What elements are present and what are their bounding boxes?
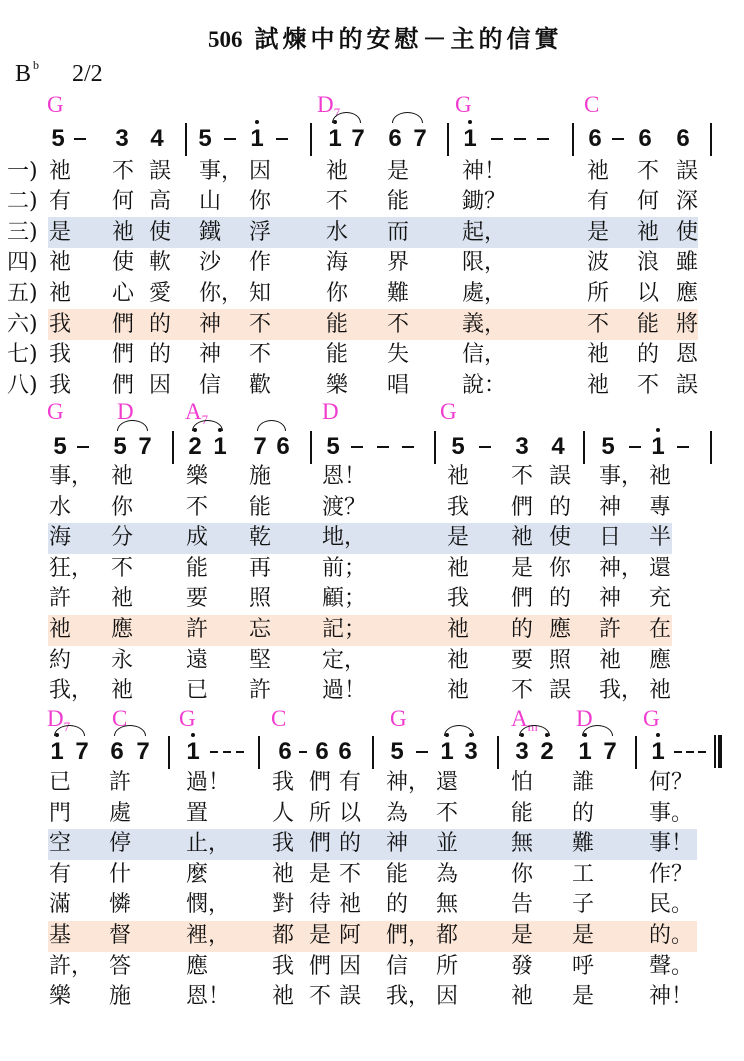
lyric-syllable: 我 <box>272 831 294 857</box>
lyric-syllable: 有 <box>49 862 71 888</box>
lyric-syllable: 是 <box>572 923 594 949</box>
lyric-syllable: 何？ <box>649 770 693 796</box>
lyric-syllable: 都 <box>272 923 294 949</box>
lyric-syllable: 子 <box>572 892 594 918</box>
lyric-syllable: 作？ <box>649 862 693 888</box>
note: 2 <box>540 740 553 764</box>
hymn-sheet: 506試煉中的安慰－主的信實 B b 2/2 GD7GC5-345-1-1767… <box>0 0 744 1061</box>
note: 6 <box>110 740 123 764</box>
lyric-syllable: 空 <box>49 831 71 857</box>
lyric-syllable: 為 <box>386 801 408 827</box>
lyric-syllable: 止， <box>186 831 230 857</box>
lyric-syllable: 麼 <box>186 862 208 888</box>
lyric-syllable: 的 <box>572 801 594 827</box>
slur-arc <box>54 725 85 736</box>
note: 3 <box>464 740 477 764</box>
lyric-syllable: 無 <box>511 831 533 857</box>
final-barline-thin <box>714 735 716 768</box>
chord-root: G <box>390 706 407 731</box>
chord-root: C <box>271 706 286 731</box>
lyric-syllable: 們 <box>309 770 331 796</box>
slur-arc <box>519 725 550 736</box>
barline <box>497 736 499 769</box>
chord-root: G <box>643 706 660 731</box>
note: 6 <box>315 740 328 764</box>
lyric-syllable: 還 <box>436 770 458 796</box>
chord-symbol: G <box>390 707 407 734</box>
sustain-dash: - <box>223 751 231 753</box>
lyric-syllable: 的。 <box>649 923 693 949</box>
final-barline-thick <box>718 735 722 768</box>
lyric-syllable: 對 <box>272 892 294 918</box>
lyric-syllable: 民。 <box>649 892 693 918</box>
lyric-syllable: 憫， <box>186 892 230 918</box>
lyric-syllable: 憐 <box>109 892 131 918</box>
slur-arc <box>114 725 146 736</box>
lyric-syllable: 所 <box>436 954 458 980</box>
sustain-dash: - <box>210 751 218 753</box>
barline <box>258 736 260 769</box>
highlight-band-verse-6 <box>48 921 697 952</box>
note: 3 <box>515 740 528 764</box>
note: 1 <box>578 740 591 764</box>
lyric-syllable: 以 <box>339 801 361 827</box>
lyric-syllable: 應 <box>186 954 208 980</box>
chord-symbol: G <box>643 707 660 734</box>
octave-dot <box>656 733 660 737</box>
lyric-syllable: 裡， <box>186 923 230 949</box>
lyric-syllable: 是 <box>309 923 331 949</box>
lyric-syllable: 們 <box>309 954 331 980</box>
sustain-dash: - <box>674 751 682 753</box>
barline <box>635 736 637 769</box>
lyric-syllable: 能 <box>386 862 408 888</box>
lyric-syllable: 祂 <box>511 984 533 1010</box>
sustain-dash: - <box>686 751 694 753</box>
note: 1 <box>440 740 453 764</box>
lyric-syllable: 事！ <box>649 831 693 857</box>
slur-arc <box>582 725 613 736</box>
lyric-syllable: 信 <box>386 954 408 980</box>
lyric-syllable: 們 <box>309 831 331 857</box>
lyric-syllable: 能 <box>511 801 533 827</box>
lyric-syllable: 因 <box>339 954 361 980</box>
lyric-syllable: 是 <box>511 923 533 949</box>
lyric-syllable: 過！ <box>186 770 230 796</box>
lyric-syllable: 基 <box>49 923 71 949</box>
lyric-syllable: 是 <box>572 984 594 1010</box>
barline <box>372 736 374 769</box>
lyric-syllable: 祂 <box>339 892 361 918</box>
note: 5 <box>390 740 403 764</box>
lyric-syllable: 誤 <box>339 984 361 1010</box>
lyric-syllable: 恩！ <box>186 984 230 1010</box>
note: 6 <box>338 740 351 764</box>
note: 1 <box>651 740 664 764</box>
lyric-syllable: 工 <box>572 862 594 888</box>
lyric-syllable: 祂 <box>272 984 294 1010</box>
lyric-syllable: 我， <box>386 984 430 1010</box>
lyric-syllable: 我 <box>272 770 294 796</box>
highlight-band-verse-3 <box>48 829 697 860</box>
lyric-syllable: 待 <box>309 892 331 918</box>
lyric-syllable: 為 <box>436 862 458 888</box>
note: 7 <box>75 740 88 764</box>
lyric-syllable: 已 <box>49 770 71 796</box>
lyric-syllable: 樂 <box>49 984 71 1010</box>
sustain-dash: - <box>698 751 706 753</box>
sustain-dash: - <box>236 751 244 753</box>
note: 6 <box>278 740 291 764</box>
lyric-syllable: 因 <box>436 984 458 1010</box>
lyric-syllable: 並 <box>436 831 458 857</box>
lyric-syllable: 難 <box>572 831 594 857</box>
lyric-syllable: 答 <box>109 954 131 980</box>
lyric-syllable: 告 <box>511 892 533 918</box>
lyric-syllable: 有 <box>339 770 361 796</box>
lyric-syllable: 誰 <box>572 770 594 796</box>
note: 7 <box>136 740 149 764</box>
chord-symbol: C <box>271 707 286 734</box>
sustain-dash: - <box>299 751 307 753</box>
note: 1 <box>50 740 63 764</box>
lyric-syllable: 不 <box>309 984 331 1010</box>
lyric-syllable: 督 <box>109 923 131 949</box>
lyric-syllable: 阿 <box>339 923 361 949</box>
lyric-syllable: 滿 <box>49 892 71 918</box>
lyric-syllable: 的 <box>386 892 408 918</box>
lyric-syllable: 神 <box>386 831 408 857</box>
sustain-dash: - <box>416 751 428 753</box>
lyric-syllable: 施 <box>109 984 131 1010</box>
lyric-syllable: 事。 <box>649 801 693 827</box>
chord-symbol: G <box>179 707 196 734</box>
chord-root: G <box>179 706 196 731</box>
lyric-syllable: 的 <box>339 831 361 857</box>
slur-arc <box>444 725 474 736</box>
lyric-syllable: 神！ <box>649 984 693 1010</box>
music-system-3: D7CGCGAmDG17671---6-665-1332171---已許過！我們… <box>0 0 744 1061</box>
lyric-syllable: 許， <box>49 954 93 980</box>
lyric-syllable: 無 <box>436 892 458 918</box>
lyric-syllable: 們， <box>386 923 430 949</box>
note: 7 <box>603 740 616 764</box>
lyric-syllable: 許 <box>109 770 131 796</box>
lyric-syllable: 祂 <box>272 862 294 888</box>
barline <box>168 736 170 769</box>
lyric-syllable: 什 <box>109 862 131 888</box>
lyric-syllable: 人 <box>272 801 294 827</box>
lyric-syllable: 停 <box>109 831 131 857</box>
lyric-syllable: 門 <box>49 801 71 827</box>
lyric-syllable: 聲。 <box>649 954 693 980</box>
lyric-syllable: 不 <box>436 801 458 827</box>
lyric-syllable: 置 <box>186 801 208 827</box>
lyric-syllable: 怕 <box>511 770 533 796</box>
lyric-syllable: 我 <box>272 954 294 980</box>
lyric-syllable: 是 <box>309 862 331 888</box>
lyric-syllable: 發 <box>511 954 533 980</box>
lyric-syllable: 呼 <box>572 954 594 980</box>
lyric-syllable: 你 <box>511 862 533 888</box>
lyric-syllable: 所 <box>309 801 331 827</box>
lyric-syllable: 處 <box>109 801 131 827</box>
lyric-syllable: 都 <box>436 923 458 949</box>
lyric-syllable: 不 <box>339 862 361 888</box>
octave-dot <box>191 733 195 737</box>
lyric-syllable: 神， <box>386 770 430 796</box>
note: 1 <box>186 740 199 764</box>
